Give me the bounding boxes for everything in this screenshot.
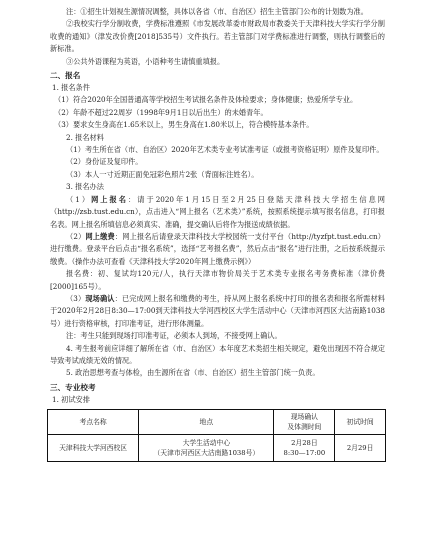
note-1: 注：①招生计划视生源情况调整，具体以各省（市、自治区）招生主管部门公布的计划数为… xyxy=(50,6,385,18)
subheading-conditions: 1. 报名条件 xyxy=(50,82,385,94)
material-item: （2）身份证及复印件。 xyxy=(50,156,385,168)
preliminary-exam-table: 考点名称 地点 现场确认 及体测时间 初试时间 天津科技大学河西校区 大学生活动… xyxy=(47,409,386,462)
section-heading-registration: 二、报名 xyxy=(50,69,385,82)
header-confirm-line1: 现场确认 xyxy=(276,412,332,422)
online-registration-paragraph: （1）网上报名：请于2020年1月15日至2月25日登陆天津科技大学招生信息网（… xyxy=(50,194,385,231)
subheading-method: 3. 报名办法 xyxy=(50,181,385,193)
note-2: ②我校实行学分制收费，学费标准遵照《市发展改革委市财政局市教委关于天津科技大学实… xyxy=(50,18,385,55)
item-4-paragraph: 4. 考生报考前应详细了解所在省（市、自治区）本年度艺术类招生相关规定，避免出现… xyxy=(50,343,385,368)
subheading-preliminary-schedule: 1. 初试安排 xyxy=(50,394,385,406)
onsite-note: 注：考生只能到现场打印准考证，必须本人到场，不接受网上确认。 xyxy=(50,330,385,342)
condition-item: （3）要求女生身高在1.65米以上，男生身高在1.80米以上，符合模特基本条件。 xyxy=(50,119,385,131)
table-row: 天津科技大学河西校区 大学生活动中心 （天津市河西区大沽南路1038号） 2月2… xyxy=(48,435,386,462)
cell-site: 天津科技大学河西校区 xyxy=(48,435,139,462)
material-item: （1）考生所在省（市、自治区）2020年艺术类专业考试准考证（或报考资格证明）原… xyxy=(50,144,385,156)
section-heading-professional-exam: 三、专业校考 xyxy=(50,381,385,394)
material-item: （3）本人一寸近期正面免冠彩色照片2张（背面标注姓名）。 xyxy=(50,169,385,181)
onsite-confirmation-paragraph: （3）现场确认：已完成网上报名和缴费的考生，持从网上报名系统中打印的报名表和报名… xyxy=(50,293,385,330)
cell-confirm-line1: 2月28日 xyxy=(276,438,332,448)
cell-location-line2: （天津市河西区大沽南路1038号） xyxy=(141,448,271,458)
cell-location: 大学生活动中心 （天津市河西区大沽南路1038号） xyxy=(139,435,274,462)
cell-confirm-time: 2月28日 8:30—17:00 xyxy=(274,435,335,462)
table-header-row: 考点名称 地点 现场确认 及体测时间 初试时间 xyxy=(48,410,386,435)
condition-item: （2）年龄不超过22周岁（1998年9月1日以后出生）的未婚青年。 xyxy=(50,107,385,119)
cell-location-line1: 大学生活动中心 xyxy=(141,438,271,448)
online-registration-prefix: （1） xyxy=(66,195,91,204)
subheading-materials: 2. 报名材料 xyxy=(50,132,385,144)
header-location: 地点 xyxy=(139,410,274,435)
header-site: 考点名称 xyxy=(48,410,139,435)
header-confirm-time: 现场确认 及体测时间 xyxy=(274,410,335,435)
onsite-confirmation-prefix: （3） xyxy=(66,294,85,303)
item-5-paragraph: 5. 政治思想考查与体检，由生源所在省（市、自治区）招生主管部门统一负责。 xyxy=(50,367,385,379)
online-payment-paragraph: （2）网上缴费：网上报名后请登录天津科技大学校园统一支付平台（http://ty… xyxy=(50,231,385,268)
online-payment-label: 网上缴费 xyxy=(85,232,114,241)
header-exam-time: 初试时间 xyxy=(335,410,386,435)
cell-confirm-line2: 8:30—17:00 xyxy=(276,448,332,458)
online-registration-label: 网上报名 xyxy=(91,195,128,204)
onsite-confirmation-label: 现场确认 xyxy=(85,294,114,303)
note-3: ③公共外语课程为英语，小语种考生请慎重填报。 xyxy=(50,56,385,68)
header-confirm-line2: 及体测时间 xyxy=(276,422,332,432)
document-page: 注：①招生计划视生源情况调整，具体以各省（市、自治区）招生主管部门公布的计划数为… xyxy=(50,6,385,462)
condition-item: （1）符合2020年全国普通高等学校招生考试报名条件及体检要求；身体健康；热爱所… xyxy=(50,94,385,106)
cell-exam-time: 2月29日 xyxy=(335,435,386,462)
registration-fee-paragraph: 报名费：初、复试均120元/人，执行天津市物价局关于艺术类专业报名考务费标准（津… xyxy=(50,268,385,293)
online-payment-prefix: （2） xyxy=(66,232,85,241)
